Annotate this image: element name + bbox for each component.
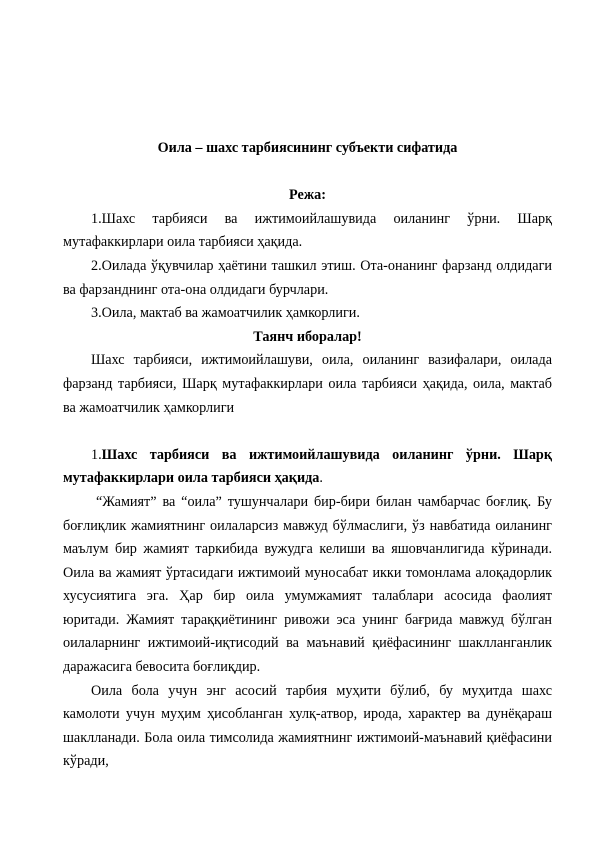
section-1-heading-end: .: [319, 470, 323, 486]
keywords-heading: Таянч иборалар!: [63, 326, 552, 350]
plan-item-1: 1.Шахс тарбияси ва ижтимоийлашувида оила…: [63, 208, 552, 255]
plan-item-3: 3.Оила, мактаб ва жамоатчилик ҳамкорлиги…: [63, 302, 552, 326]
document-title: Оила – шахс тарбиясининг субъекти сифати…: [63, 137, 552, 161]
plan-heading: Режа:: [63, 184, 552, 208]
body-paragraph-1: “Жамият” ва “оила” тушунчалари бир-бири …: [63, 491, 552, 680]
section-1-heading-text: Шахс тарбияси ва ижтимоийлашувида оилани…: [63, 447, 552, 487]
document-page: Оила – шахс тарбиясининг субъекти сифати…: [63, 137, 552, 774]
section-1-heading: 1.Шахс тарбияси ва ижтимоийлашувида оила…: [63, 444, 552, 491]
plan-item-2: 2.Оилада ўқувчилар ҳаётини ташкил этиш. …: [63, 255, 552, 302]
section-1-number: 1.: [91, 447, 102, 463]
body-paragraph-2: Оила бола учун энг асосий тарбия муҳити …: [63, 680, 552, 774]
keywords-text: Шахс тарбияси, ижтимоийлашуви, оила, оил…: [63, 349, 552, 420]
blank-line: [63, 161, 552, 185]
blank-line: [63, 420, 552, 444]
